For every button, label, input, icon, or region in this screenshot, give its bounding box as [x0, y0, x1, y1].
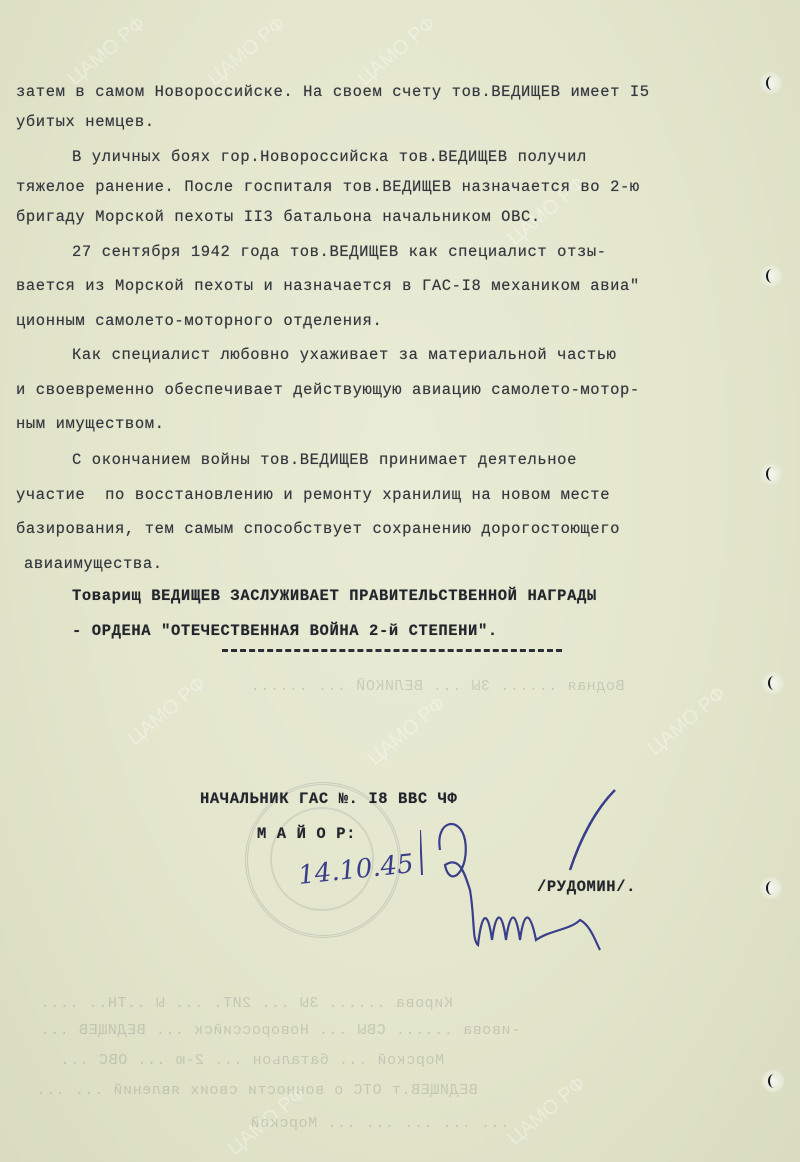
text-line: Как специалист любовно ухаживает за мате… [72, 346, 617, 364]
punch-hole [760, 463, 782, 485]
bleed-through-text: Водная ...... 3Ы ... ВЕЛИКОЙ ... ...... [250, 678, 624, 695]
text-line: С окончанием войны тов.ВЕДИЩЕВ принимает… [72, 451, 577, 469]
bleed-through-text: Морской ... батальон ... 2-ю ... ОВС ... [60, 1052, 444, 1069]
punch-hole [760, 877, 782, 899]
watermark: ЦАМО РФ [204, 12, 291, 90]
award-recommendation: Товарищ ВЕДИЩЕВ ЗАСЛУЖИВАЕТ ПРАВИТЕЛЬСТВ… [72, 587, 597, 605]
text-line: базирования, тем самым способствует сохр… [16, 520, 620, 538]
punch-hole [760, 265, 782, 287]
handwritten-signature [420, 780, 620, 960]
watermark: ЦАМО РФ [64, 12, 151, 90]
text-line: вается из Морской пехоты и назначается в… [16, 277, 640, 295]
dashed-underline [222, 649, 562, 652]
watermark: ЦАМО РФ [644, 682, 731, 760]
watermark: ЦАМО РФ [124, 672, 211, 750]
text-line: тяжелое ранение. После госпиталя тов.ВЕД… [16, 178, 640, 196]
award-name: - ОРДЕНА "ОТЕЧЕСТВЕННАЯ ВОЙНА 2-й СТЕПЕН… [72, 622, 498, 640]
punch-hole [760, 72, 782, 94]
punch-hole [762, 1070, 784, 1092]
bleed-through-text: Кирова ...... 3Ы ... 2ИТ. ... Ы ..ТН.. .… [40, 995, 453, 1012]
text-line: В уличных боях гор.Новороссийска тов.ВЕД… [72, 148, 587, 166]
text-line: участие по восстановлению и ремонту хран… [16, 486, 610, 504]
text-line: ным имуществом. [16, 415, 165, 433]
text-line: бригаду Морской пехоты II3 батальона нач… [16, 208, 541, 226]
text-line: 27 сентября 1942 года тов.ВЕДИЩЕВ как сп… [72, 243, 607, 261]
watermark: ЦАМО РФ [364, 692, 451, 770]
text-line: авиаимущества. [24, 555, 163, 573]
document-page: ЦАМО РФ ЦАМО РФ ЦАМО РФ ЦАМО РФ ЦАМО РФ … [0, 0, 800, 1162]
signatory-title: НАЧАЛЬНИК ГАС №. I8 ВВС ЧФ [200, 790, 457, 808]
text-line: ционным самолето-моторного отделения. [16, 312, 382, 330]
bleed-through-text: -ивова ...... СВЫ ... Новороссийск ... В… [40, 1022, 520, 1039]
text-line: затем в самом Новороссийске. На своем сч… [16, 83, 650, 101]
watermark: ЦАМО РФ [354, 12, 441, 90]
text-line: и своевременно обеспечивает действующую … [16, 381, 640, 399]
bleed-through-text: ВЕДИЩЕВ.т ОТС о вонности своих явлений .… [36, 1082, 478, 1099]
watermark: ЦАМО РФ [504, 1072, 591, 1150]
signatory-rank: М А Й О Р: [257, 825, 356, 843]
text-line: убитых немцев. [16, 113, 155, 131]
bleed-through-text: ... ... ... ... ... Морской [250, 1115, 509, 1132]
punch-hole [762, 672, 784, 694]
signatory-name: /РУДОМИН/. [537, 878, 636, 896]
